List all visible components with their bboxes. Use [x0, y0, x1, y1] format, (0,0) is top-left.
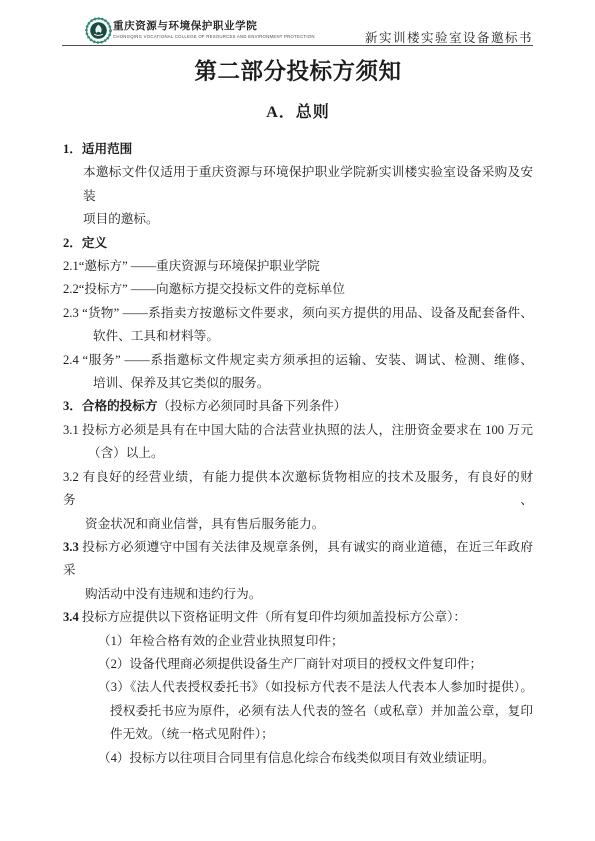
- clause-3-heading-note: （投标方必须同时具备下列条件）: [157, 399, 346, 413]
- college-name-cn: 重庆资源与环境保护职业学院: [113, 20, 303, 33]
- clause-3-heading-marker: 3．合格的投标方: [63, 399, 157, 413]
- clause-2-3-line-1: 2.3 “货物” ——系指卖方按邀标文件要求，须向买方提供的用品、设备及配套备件…: [63, 302, 533, 325]
- clause-3-1-line-2: （含）以上。: [63, 442, 533, 465]
- document-content: 第二部分投标方须知 A．总则 1．适用范围 本邀标文件仅适用于重庆资源与环境保护…: [63, 57, 533, 770]
- clause-2-heading: 2．定义: [63, 232, 533, 255]
- header-doc-title: 新实训楼实验室设备邀标书: [365, 28, 533, 46]
- clause-3-4-item-4: （4）投标方以往项目合同里有信息化综合布线类似项目有效业绩证明。: [63, 747, 533, 770]
- college-emblem-icon: [85, 17, 112, 44]
- clause-3-4-item-1: （1）年检合格有效的企业营业执照复印件；: [63, 630, 533, 653]
- clause-1-line-2: 项目的邀标。: [63, 208, 533, 231]
- page-title: 第二部分投标方须知: [63, 57, 533, 87]
- section-a-heading: A．总则: [63, 102, 533, 124]
- clause-3-1-line-1: 3.1 投标方必须是具有在中国大陆的合法营业执照的法人，注册资金要求在 100 …: [63, 419, 533, 442]
- clause-3-3-line-2: 购活动中没有违规和违约行为。: [63, 583, 533, 606]
- clause-3-4-item-2: （2）设备代理商必须提供设备生产厂商针对项目的授权文件复印件；: [63, 653, 533, 676]
- clause-3-4-item-3-line-3: 件无效。（统一格式见附件）；: [63, 723, 533, 746]
- clause-3-4-text: 投标方应提供以下资格证明文件（所有复印件均须加盖投标方公章）：: [79, 610, 466, 624]
- clause-3-heading: 3．合格的投标方（投标方必须同时具备下列条件）: [63, 395, 533, 418]
- document-page: 重庆资源与环境保护职业学院 CHONGQING VOCATIONAL COLLE…: [0, 0, 595, 841]
- clause-3-3-line-1: 3.3 投标方必须遵守中国有关法律及规章条例，具有诚实的商业道德，在近三年政府采: [63, 536, 533, 583]
- clause-2-3-line-2: 软件、工具和材料等。: [63, 325, 533, 348]
- clause-2-4-line-2: 培训、保养及其它类似的服务。: [63, 372, 533, 395]
- clause-3-3-text: 投标方必须遵守中国有关法律及规章条例，具有诚实的商业道德，在近三年政府采: [63, 540, 533, 577]
- clauses: 1．适用范围 本邀标文件仅适用于重庆资源与环境保护职业学院新实训楼实验室设备采购…: [63, 138, 533, 770]
- clause-3-3-marker: 3.3: [63, 540, 79, 554]
- clause-3-4-marker: 3.4: [63, 610, 79, 624]
- clause-3-4-item-3-line-1: （3）《法人代表授权委托书》（如投标方代表不是法人代表本人参加时提供）。: [63, 676, 533, 699]
- clause-3-4-line-1: 3.4 投标方应提供以下资格证明文件（所有复印件均须加盖投标方公章）：: [63, 606, 533, 629]
- clause-2-2: 2.2“投标方” ——向邀标方提交投标文件的竞标单位: [63, 278, 533, 301]
- clause-2-1: 2.1“邀标方” ——重庆资源与环境保护职业学院: [63, 255, 533, 278]
- clause-3-4-item-3-line-2: 授权委托书应为原件，必须有法人代表的签名（或私章）并加盖公章，复印: [63, 700, 533, 723]
- college-identity: 重庆资源与环境保护职业学院 CHONGQING VOCATIONAL COLLE…: [113, 20, 303, 40]
- clause-1-heading: 1．适用范围: [63, 138, 533, 161]
- clause-3-2-line-2: 资金状况和商业信誉，具有售后服务能力。: [63, 513, 533, 536]
- clause-2-4-line-1: 2.4 “服务” ——系指邀标文件规定卖方须承担的运输、安装、调试、检测、维修、: [63, 349, 533, 372]
- clause-3-2-line-1: 3.2 有良好的经营业绩，有能力提供本次邀标货物相应的技术及服务，有良好的财务、: [63, 466, 533, 513]
- header-divider: [62, 45, 533, 46]
- college-name-en: CHONGQING VOCATIONAL COLLEGE OF RESOURCE…: [113, 33, 303, 40]
- clause-1-line-1: 本邀标文件仅适用于重庆资源与环境保护职业学院新实训楼实验室设备采购及安装: [63, 161, 533, 208]
